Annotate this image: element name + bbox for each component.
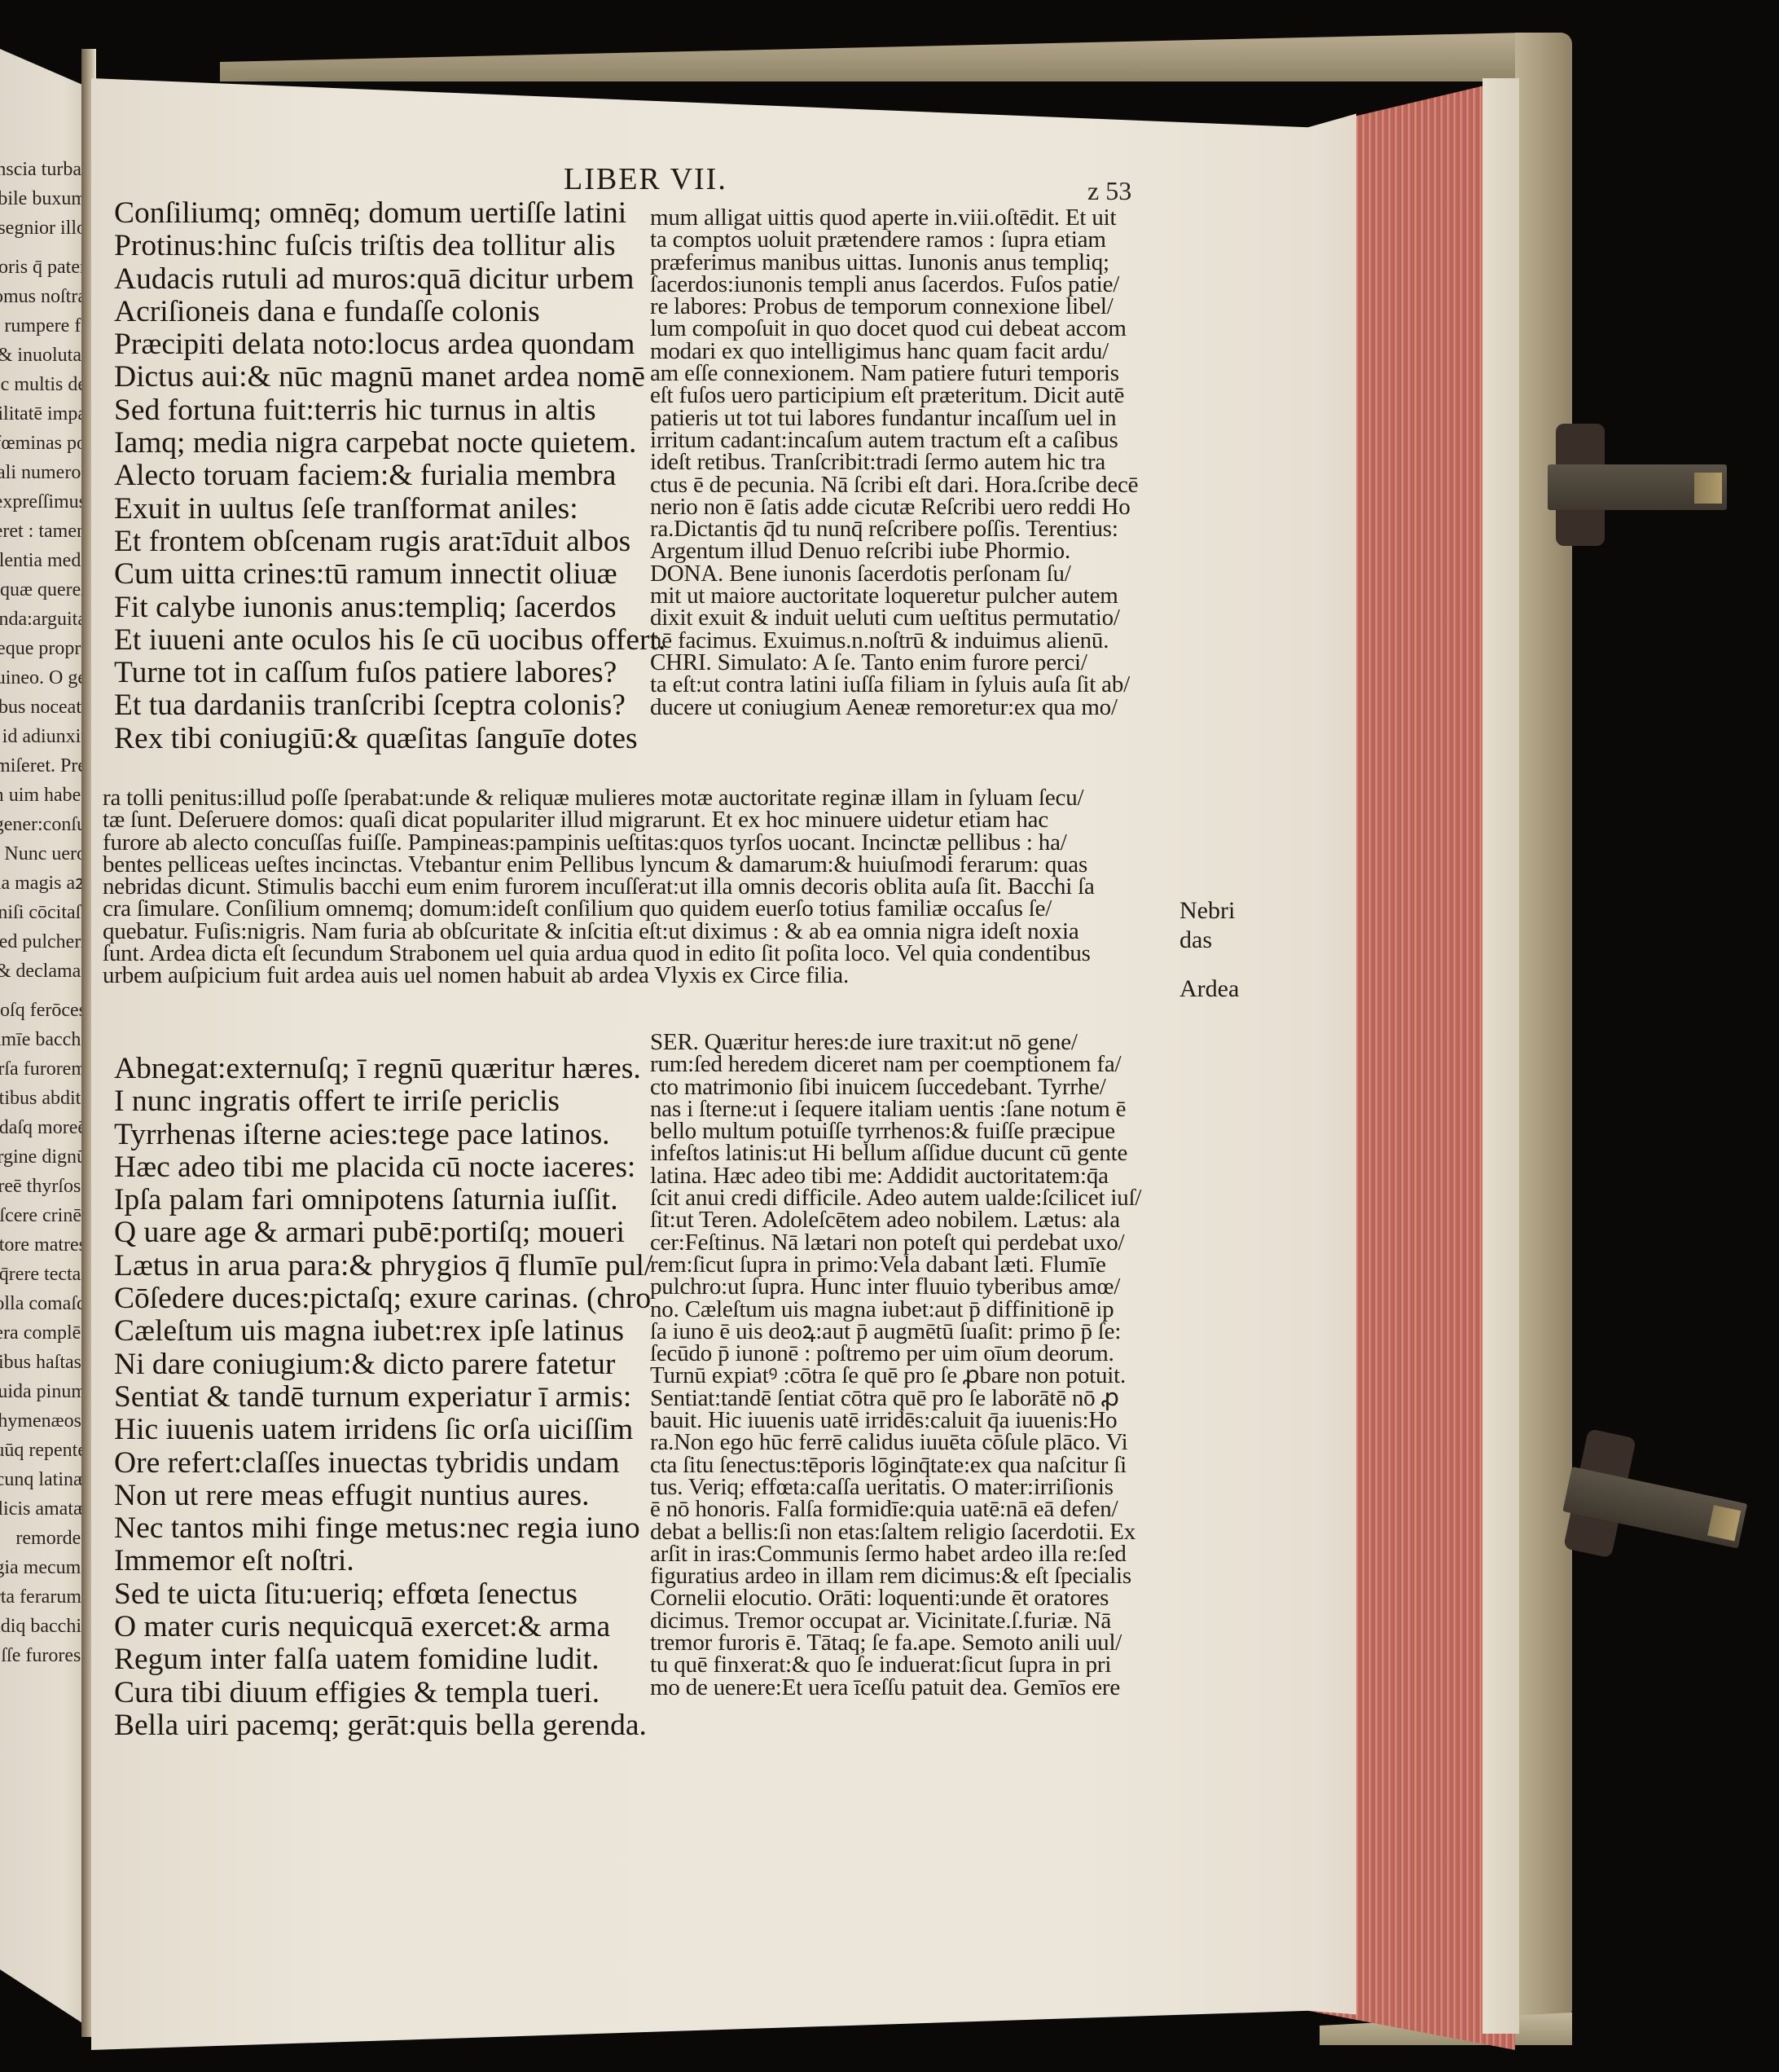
commentary-line: ſacerdos:iunonis templi anus ſacerdos. F… — [650, 274, 1220, 296]
left-page-text-fragment: & inuoluta. — [0, 345, 86, 366]
left-page-text-fragment: na. Si gener:conſu — [0, 814, 86, 835]
left-page-text-fragment: toruūq repente — [0, 1440, 86, 1461]
verse-line: Ore refert:claſſes inuectas tybridis und… — [114, 1447, 652, 1480]
left-page-text-fragment: m feruida pinum — [0, 1381, 86, 1402]
commentary-line: ideſt retibus. Tranſcribit:tradi ſermo a… — [650, 451, 1220, 473]
left-page-text-fragment: numīe bacchi — [0, 1029, 86, 1050]
left-page-text-fragment: appellet: & declamat — [0, 961, 86, 982]
left-page-text-fragment: tibus abdit: — [0, 1088, 86, 1109]
left-page-text-fragment: ite orgia mecum: — [0, 1557, 86, 1578]
commentary-line: nebridas dicunt. Stimulis bacchi eum eni… — [103, 876, 1219, 898]
left-page-text-fragment: orſa furorem — [0, 1058, 86, 1080]
left-page-text-fragment: uirgine dignū — [0, 1146, 86, 1168]
commentary-line: dixit exuit & induit ueluti cum ueſtitus… — [650, 607, 1220, 629]
commentary-line: debat a bellis:ſi non etas:ſaltem religi… — [650, 1521, 1220, 1543]
commentary-line: Turnū expiatꝰ :cōtra ſe quē pro ſe ꝓbare… — [650, 1365, 1220, 1387]
left-page: inscia turba.lubile buxumsu segnior illo… — [0, 49, 91, 2029]
commentary-line: ſcit anui credi difficile. Adeo autem ua… — [650, 1187, 1220, 1209]
page-block-outer-edge — [1482, 78, 1519, 2034]
verse-line: Regum inter falſa uatem fomidine ludit. — [114, 1643, 652, 1676]
commentary-line: ra.Non ego hūc ferrē calidus iuuēta cōſu… — [650, 1432, 1220, 1454]
commentary-line: urbem auſpicium fuit ardea auis uel nome… — [103, 965, 1219, 987]
verse-line: Fit calybe iunonis anus:templiq; ſacerdo… — [114, 592, 665, 624]
verse-line: Non ut rere meas effugit nuntius aures. — [114, 1480, 652, 1512]
verse-line: Hæc adeo tibi me placida cū nocte iacere… — [114, 1151, 652, 1184]
commentary-line: modari ex quo intelligimus hanc quam fac… — [650, 341, 1220, 363]
left-page-text-fragment: erta ferarum. — [0, 1586, 86, 1608]
left-page-text-fragment: fœlicis amatæ — [0, 1498, 86, 1520]
left-page-text-fragment: ubi expreſſimus — [0, 491, 86, 513]
verse-line: Sentiat & tandē turnum experiatur ī armi… — [114, 1381, 652, 1414]
verse-line: Cum uitta crines:tū ramum innectit oliuæ — [114, 558, 665, 591]
verse-line: Tyrrhenas iſterne acies:tege pace latino… — [114, 1119, 652, 1151]
commentary-line: mum alligat uittis quod aperte in.viii.o… — [650, 207, 1220, 229]
left-page-text-fragment: mereē thyrſos: — [0, 1176, 86, 1197]
verse-line: Lætus in arua para:& phrygios q̄ flumīe … — [114, 1250, 652, 1282]
left-page-text-fragment: omnibus noceat. — [0, 697, 86, 718]
verse-block-1: Conſiliumq; omnēq; domum uertiſſe latini… — [114, 197, 665, 755]
commentary-line: ē nō honoris. Falſa formidīe:quia uatē:n… — [650, 1498, 1220, 1520]
commentary-line: infeſtos latinis:ut Hi bellum aſſidue du… — [650, 1142, 1220, 1164]
left-page-text-fragment: undiq bacchi. — [0, 1616, 86, 1637]
left-page-text-fragment: ummam uim habet — [0, 785, 86, 806]
left-page-text-fragment: cta quæ quere/ — [0, 579, 86, 600]
commentary-line: bentes pelliceas ueſtes incinctas. Vteba… — [103, 854, 1219, 876]
commentary-line: mo de uenere:Et uera īceſſu patuit dea. … — [650, 1677, 1220, 1699]
commentary-line: ta comptos uoluit prætendere ramos : ſup… — [650, 229, 1220, 251]
verse-line: Protinus:hinc fuſcis triſtis dea tollitu… — [114, 230, 665, 262]
vellum-binding-edge — [1515, 33, 1572, 2021]
verse-line: Audacis rutuli ad muros:quā dicitur urbe… — [114, 263, 665, 296]
left-page-text-fragment: nanimis:ſed pulcher/ — [0, 931, 86, 952]
verse-line: Præcipiti delata noto:locus ardea quonda… — [114, 328, 665, 361]
left-page-text-fragment: lubile buxum — [0, 188, 86, 209]
commentary-line: cer:Feſtinus. Nā lætari non poteſt qui p… — [650, 1232, 1220, 1254]
left-page-text-fragment: ſt &domus noſtra — [0, 286, 86, 307]
commentary-line: furore ab alecto concuſſas fuiſſe. Pampi… — [103, 832, 1219, 854]
left-page-text-fragment: pectore matres — [0, 1234, 86, 1256]
left-page-text-fragment: & olentia medi — [0, 550, 86, 571]
commentary-line: DONA. Bene iunonis ſacerdotis perſonam ſ… — [650, 563, 1220, 585]
commentary-line: ſunt. Ardea dicta eſt ſecundum Strabonem… — [103, 943, 1219, 965]
commentary-line: tu quē finxerat:& quo ſe induerat:ſicut … — [650, 1654, 1220, 1676]
commentary-line: ſit:ut Teren. Adoleſcētem adeo nobilem. … — [650, 1209, 1220, 1231]
commentary-line: præferimus manibus uittas. Iunonis anus … — [650, 252, 1220, 274]
verse-line: Hic iuuenis uatem irridens ſic orſa uici… — [114, 1414, 652, 1446]
commentary-line: nē facimus. Exuimus.n.noſtrū & induimus … — [650, 630, 1220, 652]
left-page-text-fragment: ultra id adiunxit — [0, 726, 86, 747]
commentary-line: irritum cadant:incaſum autem tractum eſt… — [650, 429, 1220, 451]
commentary-line: ta eſt:ut contra latini iuſſa filiam in … — [650, 674, 1220, 696]
commentary-line: tus. Veriq; effœta:caſſa ueritatis. O ma… — [650, 1476, 1220, 1498]
verse-line: Immemor eſt noſtri. — [114, 1545, 652, 1577]
commentary-line: tæ ſunt. Deſeruere domos: quaſi dicat po… — [103, 809, 1219, 831]
left-page-text-fragment: e pellibus haſtas. — [0, 1352, 86, 1373]
left-page-text-fragment: ædaſq moreē — [0, 1117, 86, 1138]
left-page-text-fragment: nit hymenæos. — [0, 1410, 86, 1432]
verse-line: Ni dare coniugium:& dicto parere fatetur — [114, 1348, 652, 1381]
commentary-line: Cornelii elocutio. Orāti: loquenti:unde … — [650, 1587, 1220, 1609]
left-page-text-fragment: rum quia magis aꝝ — [0, 873, 86, 894]
verse-block-2: Abnegat:externuſq; ī regnū quæritur hære… — [114, 1053, 652, 1742]
verse-line: Exuit in uultus ſeſe tranſformat aniles: — [114, 493, 665, 526]
commentary-line: bello multum potuiſſe tyrrhenos:& fuiſſe… — [650, 1120, 1220, 1142]
commentary-line: ra.Dictantis q̄d tu nunq̄ reſcribere poſ… — [650, 518, 1220, 540]
left-page-text-fragment: locuta ē. Nunc uero — [0, 843, 86, 864]
left-page-text-fragment: ſcelus rumpere fi — [0, 315, 86, 337]
commentary-line: lum compoſuit in quo docet quod cui debe… — [650, 318, 1220, 340]
verse-line: Cura tibi diuum effigies & templa tueri. — [114, 1677, 652, 1709]
commentary-line: SER. Quæritur heres:de iure traxit:ut nō… — [650, 1032, 1220, 1054]
commentary-line: dicimus. Tremor occupat ar. Vicinitate.ſ… — [650, 1610, 1220, 1632]
commentary-line: re labores: Probus de temporum connexion… — [650, 296, 1220, 318]
left-page-text-fragment: plurali numero: — [0, 462, 86, 483]
running-header: LIBER VII. — [564, 161, 727, 197]
verse-line: Cæleſtum uis magna iubet:rex ipſe latinu… — [114, 1315, 652, 1348]
left-page-text-fragment: i paſcere crinē. — [0, 1205, 86, 1226]
page-margin-edge — [1307, 78, 1356, 2050]
verse-line: Iamq; media nigra carpebat nocte quietem… — [114, 427, 665, 460]
commentary-block-2: SER. Quæritur heres:de iure traxit:ut nō… — [650, 1032, 1220, 1699]
commentary-line: arſit in iras:Communis ſermo habet ardeo… — [650, 1543, 1220, 1565]
commentary-line: cra ſimulare. Conſilium omnemq; domum:id… — [103, 898, 1219, 920]
left-page-text-fragment: roraiſſe:niſi cōcitaſi — [0, 902, 86, 923]
verse-line: Abnegat:externuſq; ī regnū quæritur hære… — [114, 1053, 652, 1085]
commentary-line: rem:ſicut ſupra in primo:Vela dabant læt… — [650, 1254, 1220, 1276]
verse-line: Conſiliumq; omnēq; domum uertiſſe latini — [114, 197, 665, 230]
commentary-line: nas i ſterne:ut i ſequere italiam uentis… — [650, 1098, 1220, 1120]
verse-line: Rex tibi coniugiū:& quæſitas ſanguīe dot… — [114, 723, 665, 755]
left-page-text-fragment: fureret : tamen — [0, 521, 86, 542]
commentary-line: ſa iuno ē uis deoꝝ:aut p̄ augmētū ſuaſit… — [650, 1321, 1220, 1343]
verse-line: Et tua dardaniis tranſcribi ſceptra colo… — [114, 689, 665, 722]
verse-line: O mater curis nequicquā exercet:& arma — [114, 1611, 652, 1643]
verse-line: Cōſedere duces:pictaſq; exure carinas. (… — [114, 1282, 652, 1315]
left-page-text-fragment: it miſeret. Pre — [0, 755, 86, 776]
left-page-text-fragment: er ībecilitatē impa — [0, 403, 86, 425]
verse-line: Turne tot in caſſum fuſos patiere labore… — [114, 657, 665, 689]
commentary-line: eſt fuſos uero participium eſt præteritu… — [650, 385, 1220, 407]
commentary-full-width: ra tolli penitus:illud poſſe ſperabat:un… — [103, 787, 1219, 988]
left-page-text-fragment: ſſe furores: — [1, 1645, 86, 1666]
verse-line: Sed te uicta ſitu:ueriq; effœta ſenectus — [114, 1578, 652, 1611]
left-page-text-fragment: su segnior illo — [0, 218, 86, 239]
left-page-text-fragment: bicunq latinæ — [0, 1469, 86, 1490]
verse-line: I nunc ingratis offert te irriſe pericli… — [114, 1085, 652, 1118]
commentary-line: nerio non ē ſatis adde cicutæ Reſcribi u… — [650, 496, 1220, 518]
marginal-note-nebridas: Nebri das — [1179, 896, 1235, 955]
left-page-text-fragment: di:neque propri — [0, 638, 86, 659]
commentary-line: bauit. Hic iuuenis uatē irridēs:caluit q… — [650, 1410, 1220, 1432]
commentary-line: ſecūdo p̄ iunonē : poſtremo per uim oīum… — [650, 1343, 1220, 1365]
left-page-text-fragment: canes fœminas po — [0, 433, 86, 454]
verse-line: Acriſioneis dana e fundaſſe colonis — [114, 296, 665, 328]
page-number: z 53 — [1087, 176, 1131, 206]
verse-line: Dictus aui:& nūc magnū manet ardea nomē — [114, 361, 665, 394]
verse-line: Sed fortuna fuit:terris hic turnus in al… — [114, 394, 665, 427]
commentary-block-1: mum alligat uittis quod aperte in.viii.o… — [650, 207, 1220, 719]
verse-line: Bella uiri pacemq; gerāt:quis bella gere… — [114, 1709, 652, 1742]
commentary-line: no. Cæleſtum uis magna iubet:aut p̄ diff… — [650, 1299, 1220, 1321]
left-page-text-fragment: inscia turba. — [0, 159, 86, 180]
commentary-line: figuratius ardeo in illam rem dicimus:& … — [650, 1565, 1220, 1587]
commentary-line: Argentum illud Denuo reſcribi iube Phorm… — [650, 540, 1220, 562]
commentary-line: ra tolli penitus:illud poſſe ſperabat:un… — [103, 787, 1219, 809]
commentary-line: patieris ut tot tui labores fundantur in… — [650, 407, 1220, 429]
verse-line: Et frontem obſcenam rugis arat:īduit alb… — [114, 526, 665, 558]
commentary-line: cta ſitu ſenectus:tēporis lōginq̄tate:ex… — [650, 1454, 1220, 1476]
commentary-line: cto matrimonio ſibi inuicem ſuccedebant.… — [650, 1076, 1220, 1098]
left-page-text-fragment: nt colla comaſq — [0, 1293, 86, 1314]
commentary-line: pulchro:ut ſupra. Hunc inter fluuio tybe… — [650, 1276, 1220, 1298]
left-page-text-fragment: upio hoc multis de — [0, 374, 86, 395]
left-page-text-fragment: culoſq ferōces — [0, 1000, 86, 1021]
commentary-line: ducere ut coniugium Aeneæ remoretur:ex q… — [650, 697, 1220, 719]
commentary-line: CHRI. Simulato: A ſe. Tanto enim furore … — [650, 652, 1220, 674]
left-page-text-fragment: pua q̄rere tecta: — [0, 1264, 86, 1285]
commentary-line: am eſſe connexionem. Nam patiere futuri … — [650, 363, 1220, 385]
left-page-text-fragment: remordet — [15, 1528, 86, 1549]
commentary-line: latina. Hæc adeo tibi me: Addidit auctor… — [650, 1165, 1220, 1187]
book-cover-top-edge — [220, 33, 1523, 81]
commentary-line: rum:ſed heredem diceret nam per coemptio… — [650, 1054, 1220, 1076]
commentary-line: mit ut maiore auctoritate loqueretur pul… — [650, 585, 1220, 607]
left-page-text-fragment: ſanguineo. O ge — [0, 667, 86, 688]
verse-line: Alecto toruam faciem:& furialia membra — [114, 460, 665, 492]
commentary-line: quebatur. Fuſis:nigris. Nam furia ab obſ… — [103, 921, 1219, 943]
commentary-line: tremor furoris ē. Tātaq; ſe fa.ape. Semo… — [650, 1632, 1220, 1654]
left-page-text-fragment: ocenda:arguita — [0, 609, 86, 630]
verse-line: Q uare age & armari pubē:portiſq; moueri — [114, 1216, 652, 1249]
left-page-text-fragment: æthera complēt — [0, 1322, 86, 1344]
verse-line: Nec tantos mihi finge metus:nec regia iu… — [114, 1512, 652, 1545]
commentary-line: ctus ē de pecunia. Nā ſcribi eſt dari. H… — [650, 474, 1220, 496]
marginal-note-ardea: Ardea — [1179, 974, 1239, 1004]
verse-line: Et iuueni ante oculos his ſe cū uocibus … — [114, 624, 665, 657]
verse-line: Ipſa palam fari omnipotens ſaturnia iuſſ… — [114, 1184, 652, 1216]
commentary-line: Sentiat:tandē ſentiat cōtra quē pro ſe l… — [650, 1388, 1220, 1410]
left-page-text-fragment: lecus uxoris q̄ pater — [0, 257, 86, 278]
